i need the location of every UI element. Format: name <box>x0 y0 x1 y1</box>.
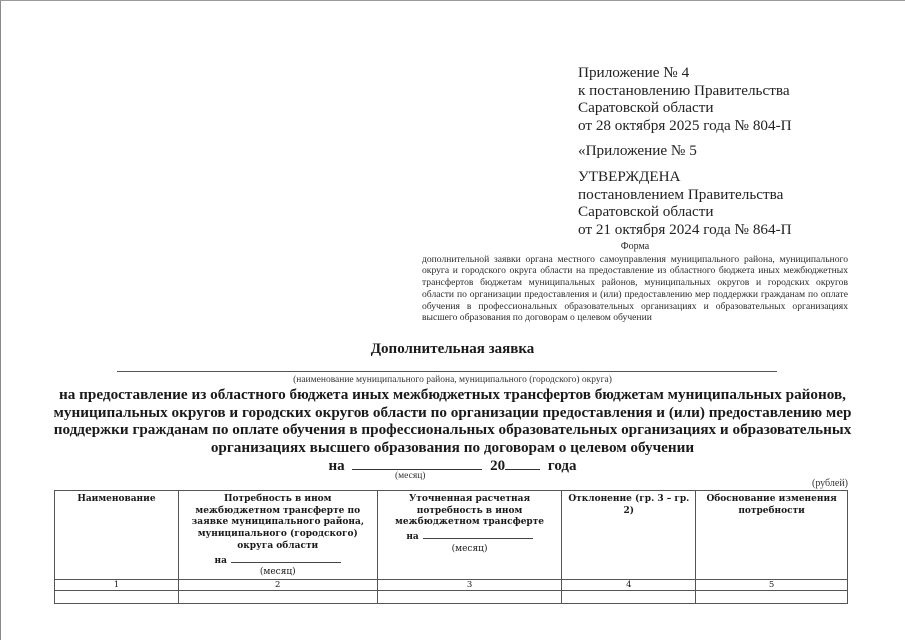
column-number: 3 <box>377 579 562 590</box>
request-table: Наименование Потребность в ином межбюдже… <box>54 490 848 604</box>
appendix-date: от 28 октября 2025 года № 804-П <box>578 117 868 135</box>
appendix-region: Саратовской области <box>578 99 868 117</box>
table-cell[interactable] <box>178 590 377 603</box>
year-field[interactable] <box>505 455 540 470</box>
document-heading: на предоставление из областного бюджета … <box>50 386 855 456</box>
table-cell[interactable] <box>377 590 562 603</box>
month-hint: (месяц) <box>395 471 425 481</box>
municipality-name-hint: (наименование муниципального района, мун… <box>0 375 905 385</box>
column2-month-field[interactable] <box>231 553 341 563</box>
column-header-deviation: Отклонение (гр. 3 – гр. 2) <box>562 491 696 580</box>
table-cell[interactable] <box>562 590 696 603</box>
column-number-row: 1 2 3 4 5 <box>55 579 848 590</box>
table-cell[interactable] <box>696 590 848 603</box>
month-field[interactable] <box>352 455 482 470</box>
period-line: на 20 года <box>0 455 905 475</box>
column-header-name: Наименование <box>55 491 179 580</box>
table-row <box>55 590 848 603</box>
column-number: 2 <box>178 579 377 590</box>
appendix-ref: к постановлению Правительства <box>578 82 868 100</box>
year-prefix: 20 <box>490 458 505 474</box>
approved-region: Саратовской области <box>578 203 868 221</box>
table-header-row: Наименование Потребность в ином межбюдже… <box>55 491 848 580</box>
column-header-justification: Обоснование изменения потребности <box>696 491 848 580</box>
period-suffix: года <box>548 458 577 474</box>
form-caption: Форма дополнительной заявки органа местн… <box>422 241 848 324</box>
page-edge <box>0 0 905 1</box>
column3-month-field[interactable] <box>423 529 533 539</box>
approved-by: постановлением Правительства <box>578 186 868 204</box>
appendix-number: Приложение № 4 <box>578 64 868 82</box>
form-label: Форма <box>422 241 848 253</box>
page-edge <box>0 0 1 640</box>
period-prefix: на <box>329 458 345 474</box>
column-header-requested-need: Потребность в ином межбюджетном трансфер… <box>178 491 377 580</box>
form-description: дополнительной заявки органа местного са… <box>422 254 848 324</box>
column-header-refined-need: Уточненная расчетная потребность в ином … <box>377 491 562 580</box>
column-number: 4 <box>562 579 696 590</box>
appendix-5-label: «Приложение № 5 <box>578 142 868 160</box>
approved-date: от 21 октября 2024 года № 864-П <box>578 221 868 239</box>
approval-stamp: Приложение № 4 к постановлению Правитель… <box>578 64 868 238</box>
column-number: 5 <box>696 579 848 590</box>
municipality-name-field[interactable] <box>117 371 777 372</box>
units-label: (рублей) <box>812 478 848 489</box>
approved-label: УТВЕРЖДЕНА <box>578 168 868 186</box>
column-number: 1 <box>55 579 179 590</box>
table-cell[interactable] <box>55 590 179 603</box>
document-title: Дополнительная заявка <box>0 341 905 358</box>
